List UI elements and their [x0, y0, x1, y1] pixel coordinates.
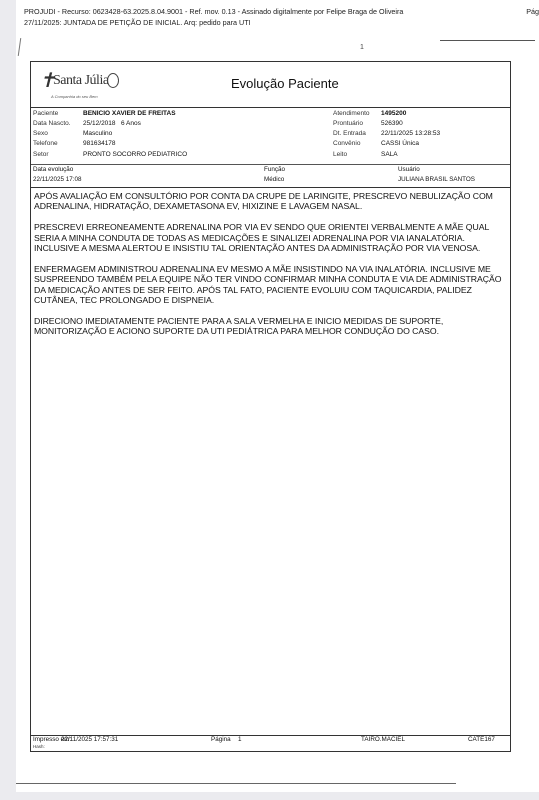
entrada-label: Dt. Entrada — [333, 129, 366, 139]
leito-label: Leito — [333, 150, 347, 160]
hash-label: Hash: — [33, 744, 45, 749]
page-number-mark: 1 — [360, 44, 364, 51]
logo-emblem-icon — [107, 73, 119, 88]
usuario-value: JULIANA BRASIL SANTOS — [398, 176, 475, 183]
idade-value: 6 Anos — [121, 119, 141, 129]
convenio-label: Convênio — [333, 139, 360, 149]
funcao-value: Médico — [264, 176, 284, 183]
page-label: Pág — [526, 6, 539, 17]
paragraph: DIRECIONO IMEDIATAMENTE PACIENTE PARA A … — [34, 316, 510, 337]
prontuario-label: Prontuário — [333, 119, 363, 129]
paragraph: ENFERMAGEM ADMINISTROU ADRENALINA EV MES… — [34, 264, 510, 306]
paciente-label: Paciente — [33, 109, 58, 119]
page-bottom-rule — [16, 783, 456, 784]
logo-name: Santa Júlia — [53, 73, 109, 89]
data-evolucao-value: 22/11/2025 17:08 — [33, 176, 82, 183]
pagina-label: Página — [211, 736, 231, 743]
form-header: ✝ Santa Júlia A Companhia do seu Bem Evo… — [31, 62, 510, 108]
form-footer: Impresso em: 22/11/2025 17:57:31 Página … — [31, 735, 510, 751]
paciente-value: BENICIO XAVIER DE FREITAS — [83, 109, 176, 119]
evolution-meta: Data evolução 22/11/2025 17:08 Função Mé… — [31, 164, 510, 188]
evolution-text: APÓS AVALIAÇÃO EM CONSULTÓRIO POR CONTA … — [31, 188, 510, 337]
footer-code: CATE167 — [468, 736, 495, 743]
setor-value: PRONTO SOCORRO PEDIATRICO — [83, 150, 187, 160]
atendimento-label: Atendimento — [333, 109, 370, 119]
convenio-value: CASSI Única — [381, 139, 419, 149]
evolution-form: ✝ Santa Júlia A Companhia do seu Bem Evo… — [30, 61, 511, 752]
prontuario-value: 526390 — [381, 119, 403, 129]
funcao-label: Função — [264, 166, 285, 173]
atendimento-value: 1495200 — [381, 109, 406, 119]
nascto-label: Data Nascto. — [33, 119, 71, 129]
entrada-value: 22/11/2025 13:28:53 — [381, 129, 440, 139]
patient-info: Paciente BENICIO XAVIER DE FREITAS Atend… — [31, 108, 510, 164]
signature-stamp: PROJUDI - Recurso: 0623428-63.2025.8.04.… — [24, 6, 539, 28]
scan-dash — [440, 40, 535, 41]
footer-user: TAIRO.MACIEL — [361, 736, 405, 743]
logo-tagline: A Companhia do seu Bem — [51, 94, 98, 99]
paragraph: APÓS AVALIAÇÃO EM CONSULTÓRIO POR CONTA … — [34, 191, 510, 212]
paragraph: PRESCREVI ERREONEAMENTE ADRENALINA POR V… — [34, 222, 510, 253]
data-evolucao-label: Data evolução — [33, 166, 73, 173]
nascto-value: 25/12/2018 — [83, 119, 116, 129]
setor-label: Setor — [33, 150, 49, 160]
stamp-line-2: 27/11/2025: JUNTADA DE PETIÇÃO DE INICIA… — [24, 17, 539, 28]
impresso-value: 22/11/2025 17:57:31 — [61, 736, 118, 743]
telefone-label: Telefone — [33, 139, 58, 149]
usuario-label: Usuário — [398, 166, 420, 173]
sexo-label: Sexo — [33, 129, 48, 139]
stamp-line-1: PROJUDI - Recurso: 0623428-63.2025.8.04.… — [24, 6, 539, 17]
pagina-value: 1 — [238, 736, 242, 743]
leito-value: SALA — [381, 150, 398, 160]
hospital-logo: ✝ Santa Júlia A Companhia do seu Bem — [35, 64, 125, 104]
sexo-value: Masculino — [83, 129, 112, 139]
telefone-value: 981634178 — [83, 139, 116, 149]
form-title: Evolução Paciente — [231, 76, 339, 91]
